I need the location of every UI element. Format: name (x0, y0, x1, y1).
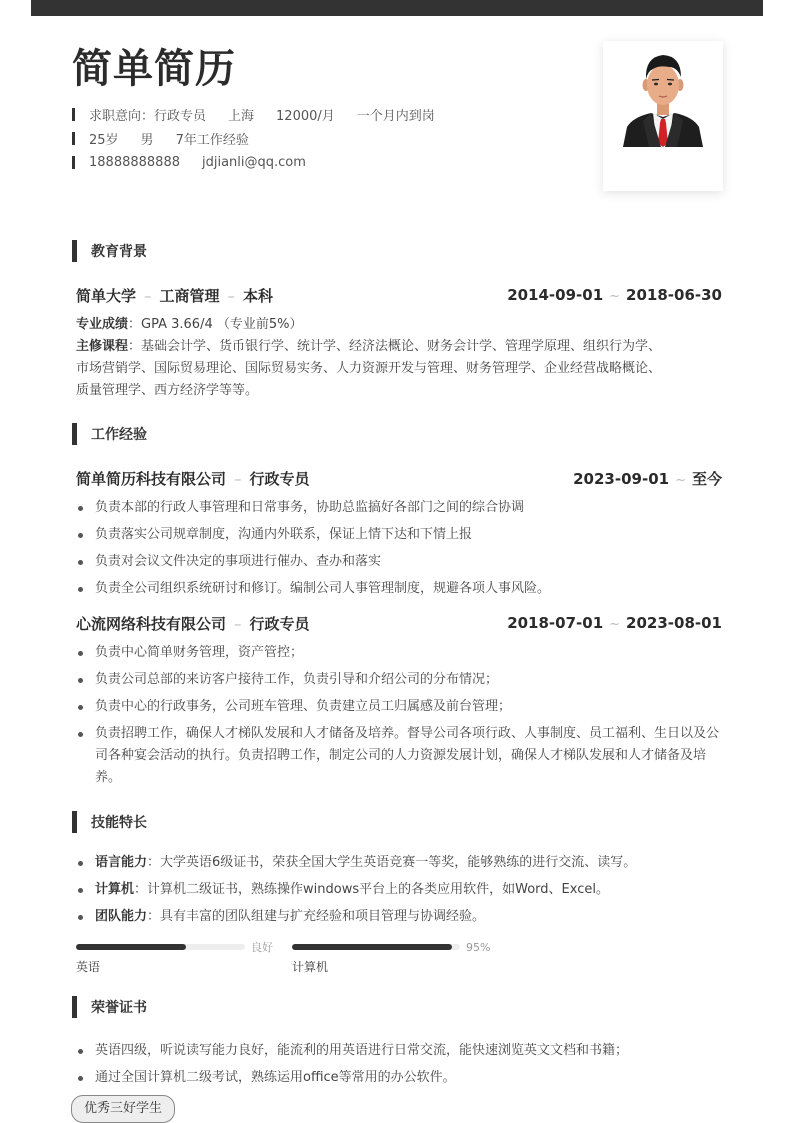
intent-salary: 12000/月 (276, 105, 335, 124)
gpa-label: 专业成绩 (76, 317, 128, 332)
honor-item: 英语四级，听说读写能力良好，能流利的用英语进行日常交流，能快速浏览英文文档和书籍… (76, 1040, 726, 1062)
job-role: 行政专员 (250, 615, 310, 633)
job-dates: 2023-09-01~至今 (573, 468, 722, 489)
separator: – (228, 287, 236, 305)
skill-item: 语言能力：大学英语6级证书，荣获全国大学生英语竞赛一等奖，能够熟练的进行交流、读… (76, 852, 726, 874)
date-separator: ~ (609, 617, 620, 632)
skills-list: 语言能力：大学英语6级证书，荣获全国大学生英语竞赛一等奖，能够熟练的进行交流、读… (76, 852, 726, 933)
separator: – (144, 287, 152, 305)
section-work-heading: 工作经验 (72, 423, 147, 445)
courses-line-1: 主修课程：基础会计学、货币银行学、统计学、经济法概论、财务会计学、管理学原理、组… (76, 336, 726, 358)
company-name: 心流网络科技有限公司 (76, 615, 226, 633)
gender: 男 (141, 129, 154, 148)
section-marker (72, 240, 77, 262)
company-name: 简单简历科技有限公司 (76, 470, 226, 488)
skill-item: 团队能力：具有丰富的团队组建与扩充经验和项目管理与协调经验。 (76, 906, 726, 928)
job-intent-line: 求职意向：行政专员 上海 12000/月 一个月内到岗 (72, 105, 457, 123)
skill-label: 团队能力 (95, 909, 147, 924)
section-marker (72, 423, 77, 445)
section-title: 技能特长 (91, 812, 147, 832)
job-dates: 2018-07-01~2023-08-01 (507, 614, 722, 632)
age: 25岁 (89, 129, 119, 148)
skill-level: 良好 (251, 939, 273, 955)
education-entry-header: 简单大学–工商管理–本科 2014-09-01~2018-06-30 (76, 284, 722, 306)
job-duties-list-2: 负责中心简单财务管理，资产管控； 负责公司总部的来访客户接待工作，负责引导和介绍… (76, 642, 726, 794)
resume-title: 简单简历 (72, 44, 236, 94)
progress-fill (76, 944, 186, 950)
honor-tag: 优秀三好学生 (71, 1095, 175, 1123)
basic-info-line: 25岁 男 7年工作经验 (72, 129, 271, 147)
courses-line-2: 市场营销学、国际贸易理论、国际贸易实务、人力资源开发与管理、财务管理学、企业经营… (76, 358, 726, 380)
skill-text: ：计算机二级证书，熟练操作windows平台上的各类应用软件，如Word、Exc… (134, 882, 609, 897)
end-date: 2018-06-30 (626, 286, 722, 304)
education-dates: 2014-09-01~2018-06-30 (507, 286, 722, 304)
end-date: 至今 (692, 470, 722, 488)
duty-item: 负责本部的行政人事管理和日常事务，协助总监搞好各部门之间的综合协调 (76, 497, 726, 519)
job-role: 行政专员 (250, 470, 310, 488)
job-title-line: 简单简历科技有限公司–行政专员 (76, 468, 310, 489)
progress-track (292, 944, 460, 950)
section-title: 工作经验 (91, 424, 147, 444)
section-education-heading: 教育背景 (72, 240, 147, 262)
duty-item: 负责全公司组织系统研讨和修订。编制公司人事管理制度，规避各项人事风险。 (76, 578, 726, 600)
major: 工商管理 (160, 287, 220, 305)
progress-fill (292, 944, 452, 950)
avatar-illustration-icon (613, 47, 713, 147)
skill-text: ：具有丰富的团队组建与扩充经验和项目管理与协调经验。 (147, 909, 485, 924)
courses-text: ：基础会计学、货币银行学、统计学、经济法概论、财务会计学、管理学原理、组织行为学… (128, 339, 661, 354)
intent-position: 求职意向：行政专员 (89, 105, 206, 124)
duty-item: 负责落实公司规章制度，沟通内外联系，保证上情下达和下情上报 (76, 524, 726, 546)
avatar-photo (603, 41, 723, 191)
line-marker (72, 156, 75, 169)
section-honors-heading: 荣誉证书 (72, 996, 147, 1018)
section-marker (72, 996, 77, 1018)
email[interactable]: jdjianli@qq.com (202, 155, 306, 170)
job-entry-header-1: 简单简历科技有限公司–行政专员 2023-09-01~至今 (76, 467, 722, 489)
honor-item: 通过全国计算机二级考试，熟练运用office等常用的办公软件。 (76, 1067, 726, 1089)
section-title: 教育背景 (91, 241, 147, 261)
duty-item: 负责公司总部的来访客户接待工作，负责引导和介绍公司的分布情况； (76, 669, 726, 691)
skill-text: ：大学英语6级证书，荣获全国大学生英语竞赛一等奖，能够熟练的进行交流、读写。 (147, 855, 636, 870)
degree: 本科 (243, 287, 273, 305)
line-marker (72, 132, 75, 145)
duty-item: 负责中心的行政事务，公司班车管理、负责建立员工归属感及前台管理； (76, 696, 726, 718)
end-date: 2023-08-01 (626, 614, 722, 632)
job-entry-header-2: 心流网络科技有限公司–行政专员 2018-07-01~2023-08-01 (76, 612, 722, 634)
separator: – (234, 470, 242, 488)
skill-label: 语言能力 (95, 855, 147, 870)
honors-list: 英语四级，听说读写能力良好，能流利的用英语进行日常交流，能快速浏览英文文档和书籍… (76, 1040, 726, 1094)
start-date: 2023-09-01 (573, 470, 669, 488)
skill-label: 计算机 (95, 882, 134, 897)
gpa-line: 专业成绩：GPA 3.66/4 （专业前5%） (76, 314, 726, 336)
date-separator: ~ (609, 289, 620, 304)
start-date: 2014-09-01 (507, 286, 603, 304)
skill-item: 计算机：计算机二级证书，熟练操作windows平台上的各类应用软件，如Word、… (76, 879, 726, 901)
start-date: 2018-07-01 (507, 614, 603, 632)
experience-years: 7年工作经验 (176, 129, 249, 148)
contact-line: 18888888888 jdjianli@qq.com (72, 153, 328, 171)
skill-bar-label: 英语 (76, 958, 100, 975)
section-skills-heading: 技能特长 (72, 811, 147, 833)
duty-item: 负责对会议文件决定的事项进行催办、查办和落实 (76, 551, 726, 573)
skill-bar-english: 良好 (76, 940, 273, 954)
top-decor-bar (31, 0, 763, 16)
job-title-line: 心流网络科技有限公司–行政专员 (76, 613, 310, 634)
education-school-line: 简单大学–工商管理–本科 (76, 285, 273, 306)
skill-level: 95% (466, 941, 490, 954)
job-duties-list-1: 负责本部的行政人事管理和日常事务，协助总监搞好各部门之间的综合协调 负责落实公司… (76, 497, 726, 605)
gpa-value: ：GPA 3.66/4 （专业前5%） (128, 317, 302, 332)
progress-track (76, 944, 245, 950)
skill-bar-computer: 95% (292, 940, 490, 954)
courses-label: 主修课程 (76, 339, 128, 354)
intent-availability: 一个月内到岗 (357, 105, 435, 124)
resume-page: 简单简历 求职意向：行政专员 上海 12000/月 一个月内到岗 25岁 男 7… (0, 0, 794, 1123)
date-separator: ~ (675, 473, 686, 488)
duty-item: 负责中心简单财务管理，资产管控； (76, 642, 726, 664)
section-marker (72, 811, 77, 833)
phone[interactable]: 18888888888 (89, 155, 180, 170)
courses-line-3: 质量管理学、西方经济学等等。 (76, 380, 726, 402)
section-title: 荣誉证书 (91, 997, 147, 1017)
skill-bar-label: 计算机 (292, 958, 328, 975)
separator: – (234, 615, 242, 633)
duty-item: 负责招聘工作，确保人才梯队发展和人才储备及培养。督导公司各项行政、人事制度、员工… (76, 723, 726, 789)
line-marker (72, 108, 75, 121)
intent-city: 上海 (228, 105, 254, 124)
school-name: 简单大学 (76, 287, 136, 305)
